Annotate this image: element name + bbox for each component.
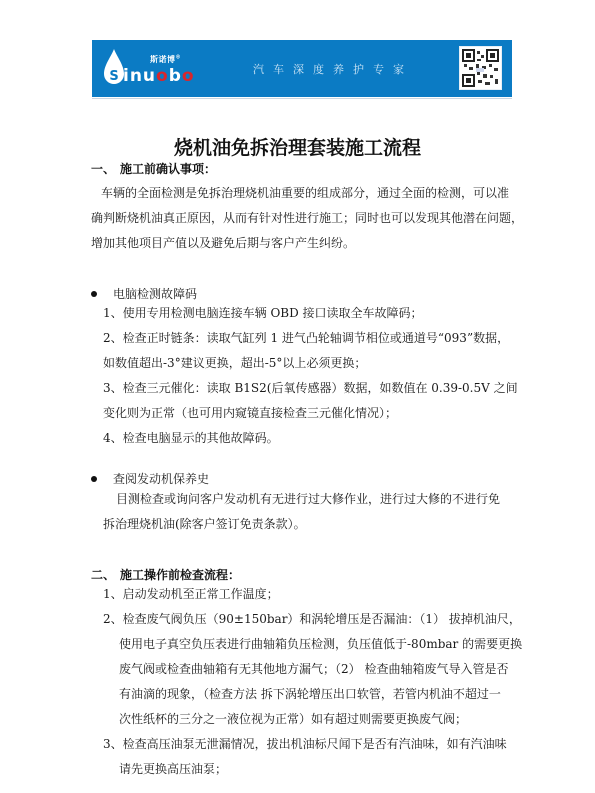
intro-line: 确判断烧机油真正原因，从而有针对性进行施工；同时也可以发现其他潜在问题， [91,206,523,231]
step-line: 1、启动发动机至正常工作温度； [103,582,522,607]
step-line: 次性纸杯的三分之一液位视为正常）如有超过则需要更换废气阀； [103,707,522,732]
intro-line: 车辆的全面检测是免拆治理烧机油重要的组成部分，通过全面的检测，可以准 [91,181,523,206]
step-line: 2、检查正时链条：读取气缸列 1 进气凸轮轴调节相位或通道号“093”数据， [103,326,518,351]
step-line: 如数值超出-3°建议更换，超出-5°以上必须更换； [103,351,518,376]
water-drop-logo-icon: S [103,48,125,86]
history-line: 拆治理烧机油(除客户签订免责条款）。 [103,512,500,537]
bullet-maintenance-history: 查阅发动机保养史 [91,470,209,487]
section-2-title: 施工操作前检查流程： [120,568,240,582]
bullet-obd-diagnostics: 电脑检测故障码 [91,285,197,302]
brand-banner: S 斯诺博® oinuobo 汽车深度养护专家 [92,40,512,97]
step-line: 有油滴的现象，（检查方法 拆下涡轮增压出口软管，若管内机油不超过一 [103,682,522,707]
intro-line: 增加其他项目产值以及避免后期与客户产生纠纷。 [91,231,523,256]
qr-code-icon [459,46,502,90]
section-1-number: 一、 [91,160,120,177]
section-1-heading: 一、施工前确认事项： [91,160,216,177]
bullet-icon [91,291,97,297]
section-1-title: 施工前确认事项： [120,162,216,176]
bullet-icon [91,476,97,482]
step-line: 使用电子真空负压表进行曲轴箱负压检测，负压值低于-80mbar 的需要更换 [103,632,522,657]
step-line: 2、检查废气阀负压（90±150bar）和涡轮增压是否漏油：（1） 拔掉机油尺， [103,607,522,632]
section-2-number: 二、 [91,566,120,583]
step-line: 1、使用专用检测电脑连接车辆 OBD 接口读取全车故障码； [103,301,518,326]
section-1-intro: 车辆的全面检测是免拆治理烧机油重要的组成部分，通过全面的检测，可以准 确判断烧机… [91,181,523,256]
step-line: 变化则为正常（也可用内窥镜直接检查三元催化情况）； [103,401,518,426]
step-line: 4、检查电脑显示的其他故障码。 [103,426,518,451]
history-line: 目测检查或询问客户发动机有无进行过大修作业，进行过大修的不进行免 [103,487,500,512]
step-line: 请先更换高压油泵； [103,757,522,782]
brand-name-cn: 斯诺博® [150,54,181,65]
section-2-heading: 二、施工操作前检查流程： [91,566,240,583]
brand-wordmark: oinuobo [123,66,195,86]
bullet-label: 电脑检测故障码 [113,287,197,301]
maintenance-history-text: 目测检查或询问客户发动机有无进行过大修作业，进行过大修的不进行免 拆治理烧机油(… [103,487,500,537]
step-line: 废气阀或检查曲轴箱有无其他地方漏气；（2） 检查曲轴箱废气导入管是否 [103,657,522,682]
banner-divider [92,98,512,99]
diagnostics-steps: 1、使用专用检测电脑连接车辆 OBD 接口读取全车故障码； 2、检查正时链条：读… [103,301,518,451]
step-line: 3、检查三元催化：读取 B1S2(后氧传感器）数据，如数值在 0.39-0.5V… [103,376,518,401]
section-2-steps: 1、启动发动机至正常工作温度； 2、检查废气阀负压（90±150bar）和涡轮增… [103,582,522,782]
bullet-label: 查阅发动机保养史 [113,472,209,486]
document-title: 烧机油免拆治理套装施工流程 [0,133,595,160]
svg-text:S: S [109,69,118,84]
step-line: 3、检查高压油泵无泄漏情况，拔出机油标尺闻下是否有汽油味，如有汽油味 [103,732,522,757]
brand-slogan: 汽车深度养护专家 [253,61,413,77]
